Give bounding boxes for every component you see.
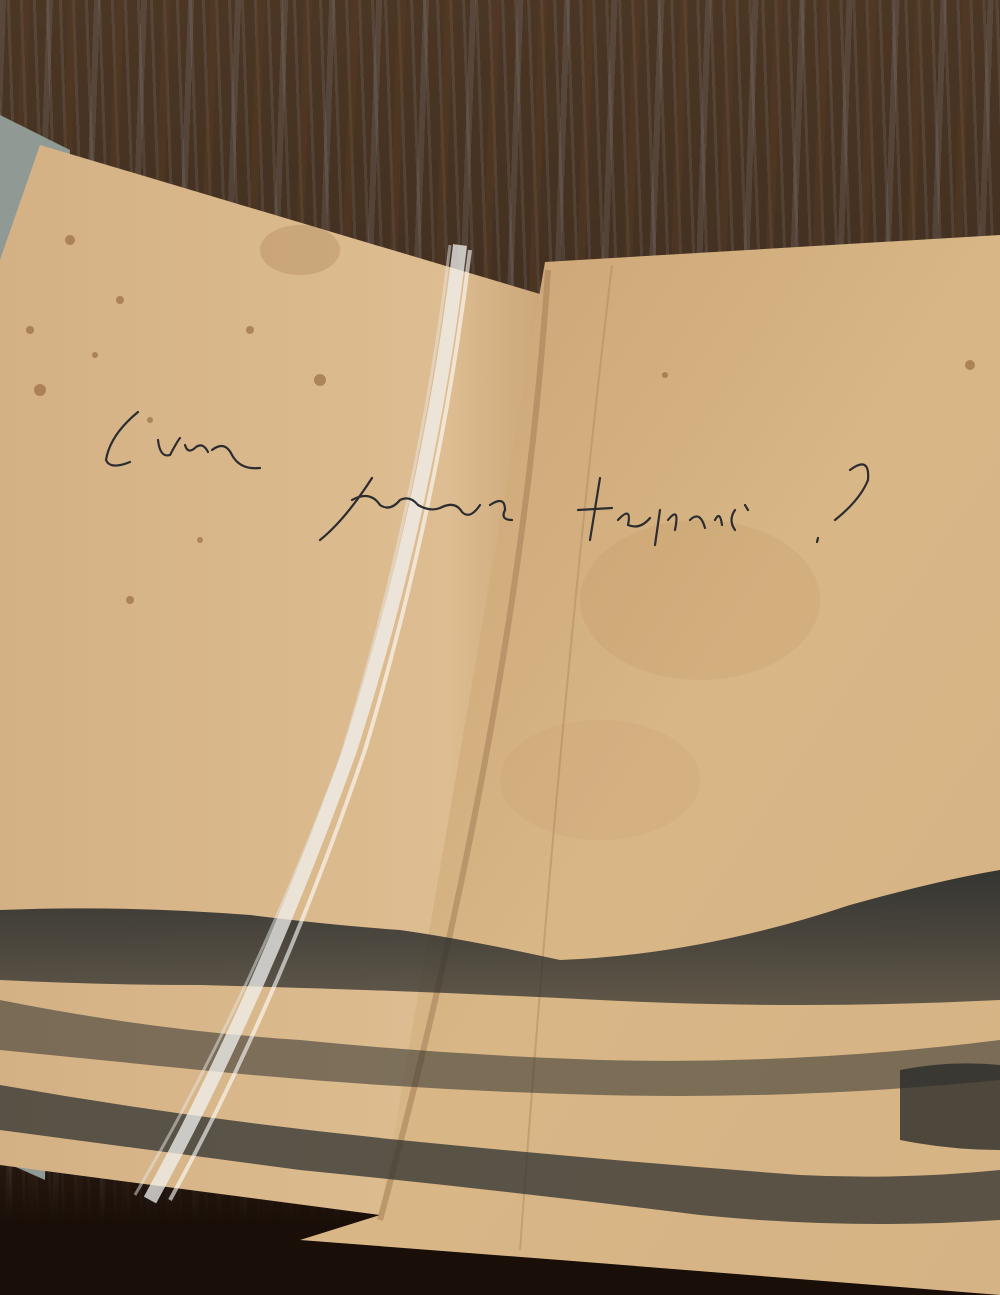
open-book xyxy=(0,0,1000,1295)
photo-scene: ¿ una promesa técnica ? xyxy=(0,0,1000,1295)
